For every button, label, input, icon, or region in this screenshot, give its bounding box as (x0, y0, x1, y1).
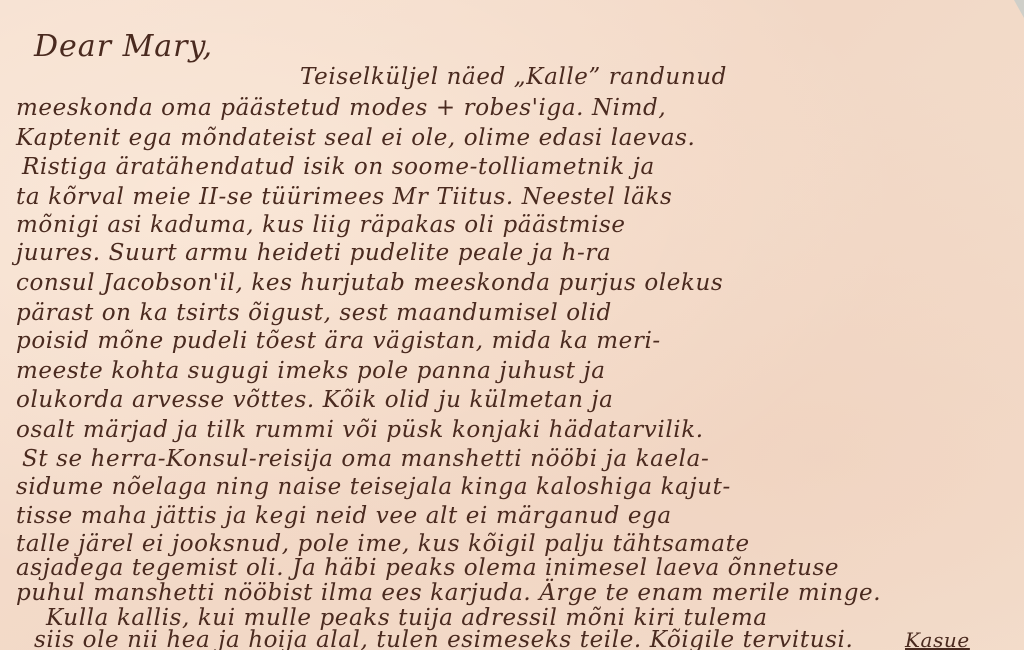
text-line-15: sidume nõelaga ning naise teisejala king… (16, 476, 731, 499)
text-line-2: meeskonda oma päästetud modes + robes'ig… (16, 97, 666, 120)
text-line-19: puhul manshetti nööbist ilma ees karjuda… (16, 582, 881, 605)
text-line-8: consul Jacobson'il, kes hurjutab meeskon… (16, 272, 723, 295)
text-line-5: ta kõrval meie II-se tüürimees Mr Tiitus… (16, 186, 672, 209)
postcard: Dear Mary, Teiselküljel näed „Kalle” ran… (0, 0, 1024, 650)
text-line-3: Kaptenit ega mõndateist seal ei ole, oli… (16, 127, 695, 150)
text-line-13: osalt märjad ja tilk rummi või püsk konj… (16, 419, 704, 442)
text-line-12: olukorda arvesse võttes. Kõik olid ju kü… (16, 389, 613, 412)
text-line-7: juures. Suurt armu heideti pudelite peal… (16, 242, 611, 265)
text-line-17: talle järel ei jooksnud, pole ime, kus k… (16, 533, 750, 556)
text-line-21: siis ole nii hea ja hoija alal, tulen es… (34, 629, 853, 650)
text-line-1: Teiselküljel näed „Kalle” randunud (300, 66, 727, 89)
text-line-11: meeste kohta sugugi imeks pole panna juh… (16, 360, 606, 383)
text-line-10: poisid mõne pudeli tõest ära vägistan, m… (16, 330, 661, 353)
signature: Kasue (905, 630, 970, 650)
text-line-9: pärast on ka tsirts õigust, sest maandum… (16, 302, 612, 325)
text-line-16: tisse maha jättis ja kegi neid vee alt e… (16, 505, 672, 528)
text-line-14: St se herra-Konsul-reisija oma manshetti… (22, 448, 709, 471)
text-line-18: asjadega tegemist oli. Ja häbi peaks ole… (16, 557, 839, 580)
corner-fold (1014, 0, 1024, 18)
text-line-4: Ristiga äratähendatud isik on soome-toll… (22, 156, 655, 179)
greeting: Dear Mary, (34, 32, 213, 62)
text-line-6: mõnigi asi kaduma, kus liig räpakas oli … (16, 214, 626, 237)
